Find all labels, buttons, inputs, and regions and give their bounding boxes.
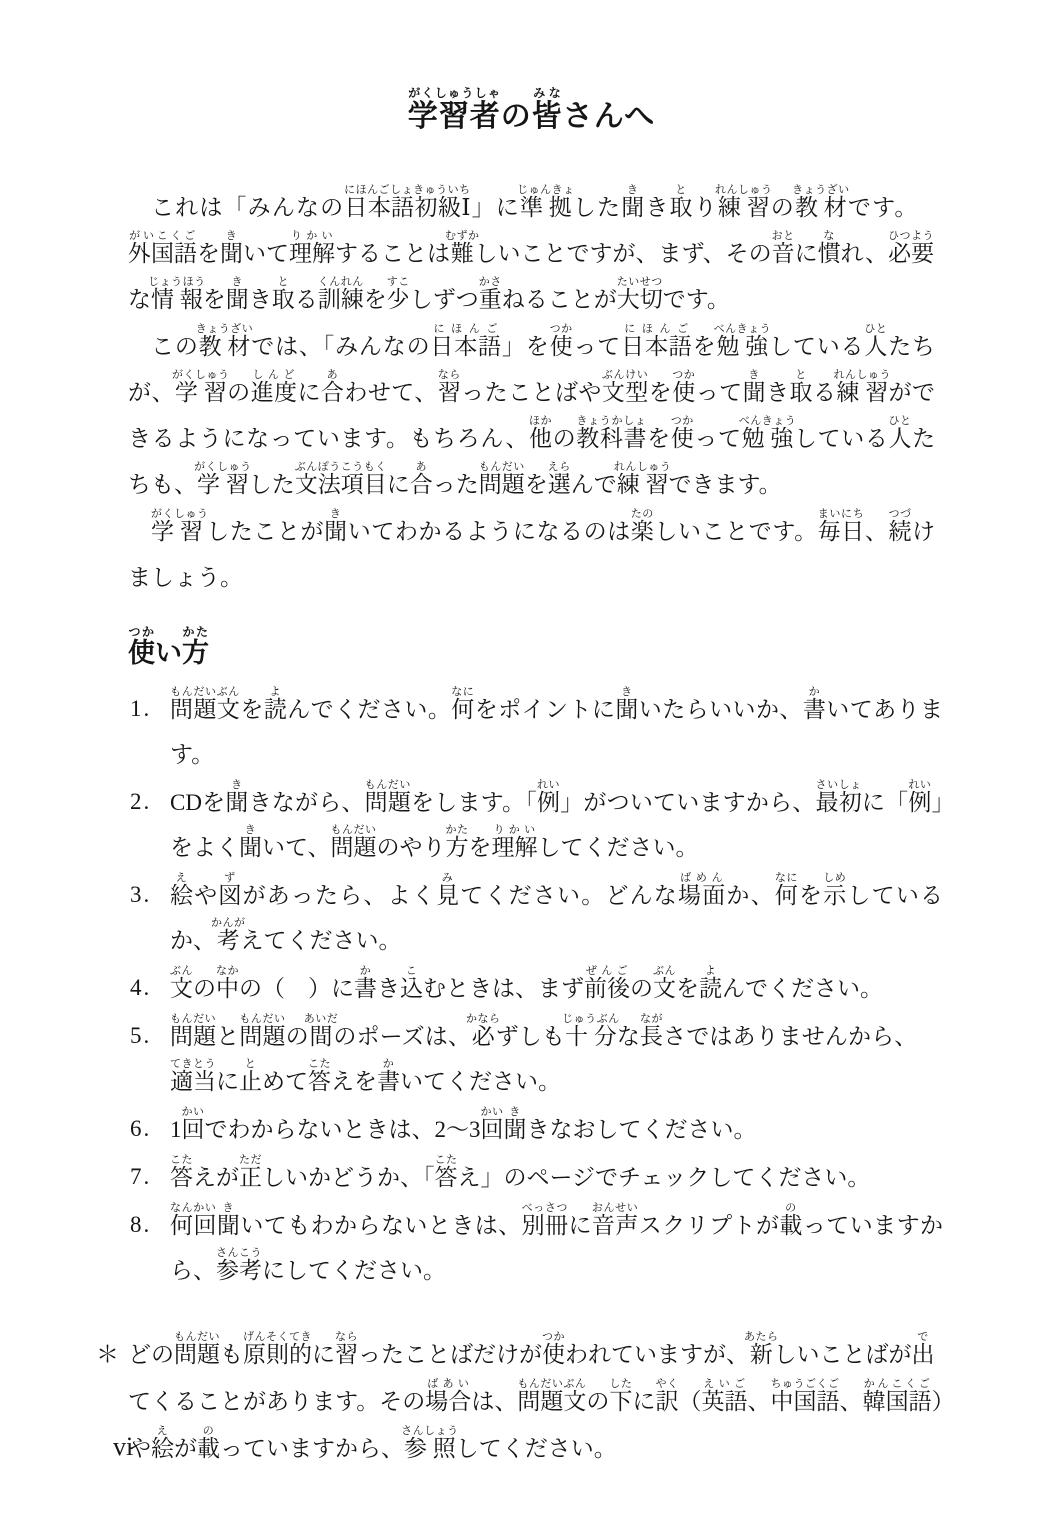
item-number: 6. — [130, 1106, 168, 1151]
usage-item-1: 1. 問題文もんだいぶんを読よんでください。何なにをポイントに聞きいたらいいか、… — [130, 686, 943, 777]
item-number: 1. — [130, 686, 168, 731]
item-number: 5. — [130, 1013, 168, 1058]
document-page: 学習者がくしゅうしゃの皆みなさんへ これは「みんなの日本語初級Ⅰにほんごしょきゅ… — [0, 0, 1063, 1536]
usage-list: 1. 問題文もんだいぶんを読よんでください。何なにをポイントに聞きいたらいいか、… — [130, 686, 943, 1293]
item-number: 8. — [130, 1202, 168, 1247]
item-text: 絵えや図ずがあったら、よく見みてください。どんな場面ばめんか、何なにを示しめして… — [170, 883, 943, 953]
item-number: 7. — [130, 1154, 168, 1199]
footnote-text: どの問題もんだいも原則的げんそくてきに習ならったことばだけが使つかわれていますが… — [128, 1342, 943, 1461]
item-text: 問題文もんだいぶんを読よんでください。何なにをポイントに聞きいたらいいか、書かい… — [170, 697, 943, 767]
usage-item-7: 7. 答こたえが正ただしいかどうか、「答こたえ」のページでチェックしてください。 — [130, 1154, 943, 1200]
page-title: 学習者がくしゅうしゃの皆みなさんへ — [0, 86, 1063, 146]
usage-item-5: 5. 問題もんだいと問題もんだいの間あいだのポーズは、必かならずしも十分じゅうぶ… — [130, 1013, 943, 1104]
item-text: 文ぶんの中なかの（ ）に書かき込こむときは、まず前後ぜんごの文ぶんを読よんでくだ… — [170, 976, 883, 1001]
intro-paragraph-1: これは「みんなの日本語初級Ⅰにほんごしょきゅういち」に準拠じゅんきょした聞きき取… — [128, 184, 935, 323]
usage-item-6: 6. 1回かいでわからないときは、2～3回かい聞ききなおしてください。 — [130, 1106, 943, 1152]
usage-heading: 使つかい方かた — [128, 625, 1063, 680]
item-number: 3. — [130, 872, 168, 917]
usage-item-4: 4. 文ぶんの中なかの（ ）に書かき込こむときは、まず前後ぜんごの文ぶんを読よん… — [130, 965, 943, 1011]
item-text: 問題もんだいと問題もんだいの間あいだのポーズは、必かならずしも十分じゅうぶんな長… — [170, 1024, 917, 1094]
intro-paragraph-3: 学習がくしゅうしたことが聞きいてわかるようになるのは楽たのしいことです。毎日まい… — [128, 508, 935, 601]
page-number: vi — [113, 1432, 133, 1462]
item-text: 答こたえが正ただしいかどうか、「答こたえ」のページでチェックしてください。 — [170, 1165, 870, 1190]
intro-section: これは「みんなの日本語初級Ⅰにほんごしょきゅういち」に準拠じゅんきょした聞きき取… — [128, 184, 935, 601]
footnote-asterisk: ＊ — [96, 1331, 119, 1378]
item-text: CDを聞ききながら、問題もんだいをします。「例れい」がついていますから、最初さい… — [170, 790, 943, 860]
item-number: 4. — [130, 965, 168, 1010]
usage-item-3: 3. 絵えや図ずがあったら、よく見みてください。どんな場面ばめんか、何なにを示し… — [130, 872, 943, 963]
item-text: 何回なんかい聞きいてもわからないときは、別冊べっさつに音声おんせいスクリプトが載… — [170, 1213, 943, 1283]
item-number: 2. — [130, 779, 168, 824]
intro-paragraph-2: この教材きょうざいでは、「みんなの日本語にほんご」を使つかって日本語にほんごを勉… — [128, 323, 935, 508]
footnote: ＊ どの問題もんだいも原則的げんそくてきに習ならったことばだけが使つかわれていま… — [96, 1331, 943, 1472]
item-text: 1回かいでわからないときは、2～3回かい聞ききなおしてください。 — [170, 1117, 757, 1142]
usage-item-2: 2. CDを聞ききながら、問題もんだいをします。「例れい」がついていますから、最… — [130, 779, 943, 870]
usage-item-8: 8. 何回なんかい聞きいてもわからないときは、別冊べっさつに音声おんせいスクリプ… — [130, 1202, 943, 1293]
